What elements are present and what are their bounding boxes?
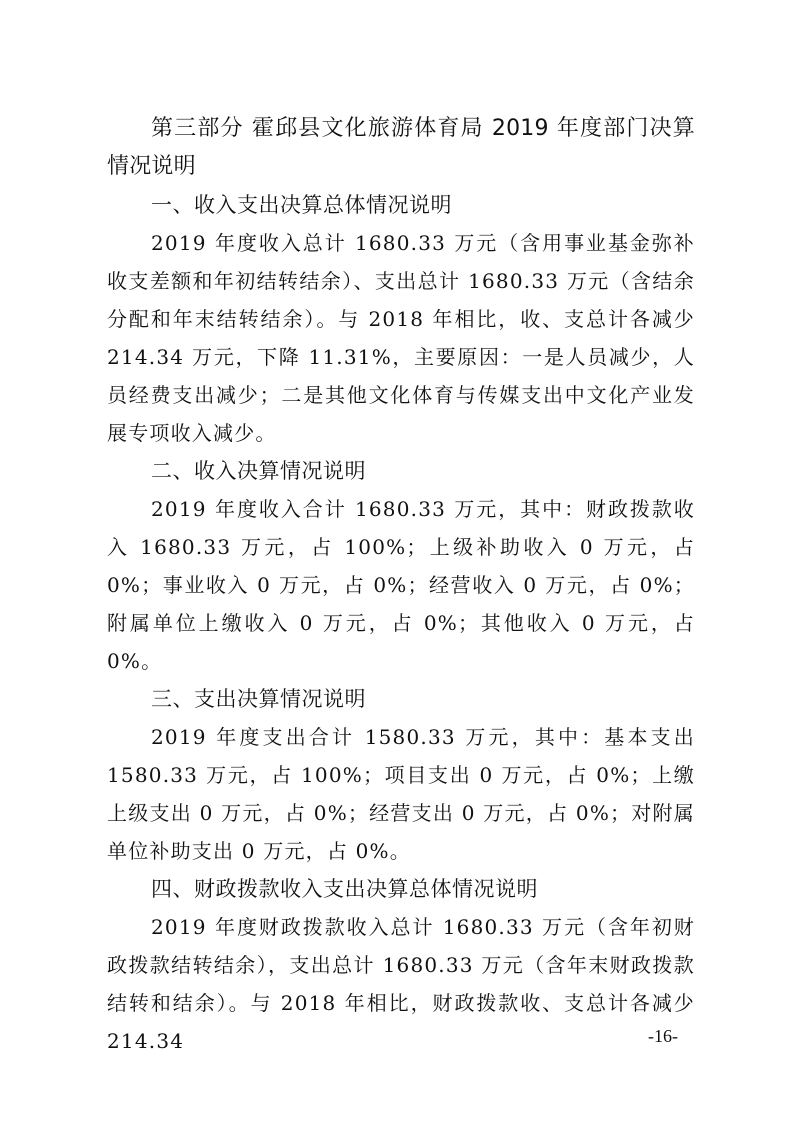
section-paragraph: 2019 年度收入总计 1680.33 万元（含用事业基金弥补收支差额和年初结转… [107,224,695,452]
section-paragraph: 2019 年度收入合计 1680.33 万元，其中：财政拨款收入 1680.33… [107,490,695,680]
document-page: 第三部分 霍邱县文化旅游体育局 2019 年度部门决算情况说明 一、收入支出决算… [107,110,695,1060]
section-income: 二、收入决算情况说明 2019 年度收入合计 1680.33 万元，其中：财政拨… [107,452,695,680]
section-expenditure: 三、支出决算情况说明 2019 年度支出合计 1580.33 万元，其中：基本支… [107,680,695,870]
section-heading: 四、财政拨款收入支出决算总体情况说明 [107,870,695,908]
section-heading: 三、支出决算情况说明 [107,680,695,718]
section-paragraph: 2019 年度财政拨款收入总计 1680.33 万元（含年初财政拨款结转结余），… [107,908,695,1060]
document-title: 第三部分 霍邱县文化旅游体育局 2019 年度部门决算情况说明 [107,110,695,186]
section-heading: 一、收入支出决算总体情况说明 [107,186,695,224]
section-heading: 二、收入决算情况说明 [107,452,695,490]
section-fiscal-appropriation: 四、财政拨款收入支出决算总体情况说明 2019 年度财政拨款收入总计 1680.… [107,870,695,1060]
section-paragraph: 2019 年度支出合计 1580.33 万元，其中：基本支出 1580.33 万… [107,718,695,870]
page-number: -16- [648,1026,678,1047]
section-income-expenditure-overview: 一、收入支出决算总体情况说明 2019 年度收入总计 1680.33 万元（含用… [107,186,695,452]
